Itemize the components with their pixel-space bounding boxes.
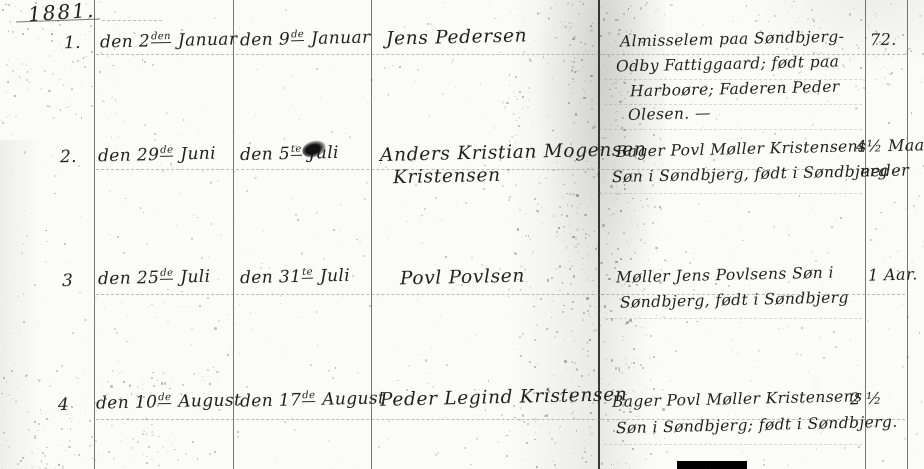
entry-number: 2. [60, 148, 77, 168]
date-ordinal: den [151, 31, 171, 43]
date-prefix: den [100, 32, 134, 53]
description-line: Søndbjerg, født i Søndbjerg [620, 289, 849, 312]
date-ordinal: de [160, 145, 173, 157]
deceased-name: Jens Pedersen [386, 25, 528, 49]
burial-date: den 31te Juli [240, 267, 351, 289]
date-month: Januar [311, 28, 371, 49]
death-date: den 25de Juli [98, 268, 211, 290]
row2-desc-rule-2 [604, 193, 862, 194]
entry-number: 1. [64, 34, 81, 54]
date-month: August [322, 388, 385, 409]
date-day: 9 [279, 29, 291, 49]
date-ordinal: te [291, 144, 302, 156]
date-ordinal: de [160, 268, 173, 280]
date-prefix: den [96, 393, 130, 414]
date-ordinal: de [291, 29, 304, 41]
column-divider-1 [94, 0, 95, 469]
description-line: Bager Povl Møller Kristensens [612, 388, 863, 411]
description-line: Almisselem paa Søndbjerg- [620, 28, 845, 51]
age-value: 4½ Maa- [856, 136, 924, 156]
date-month: Juli [320, 266, 351, 287]
date-prefix: den [98, 269, 132, 290]
description-line: Søn i Søndbjerg; født i Søndbjerg. [616, 414, 898, 438]
date-month: August [178, 390, 241, 411]
scanned-burial-register-page: 1881. 1. den 2den Januar den 9de Januar … [0, 0, 924, 469]
date-prefix: den [98, 146, 132, 167]
date-day: 2 [139, 31, 151, 51]
description-line: Søn i Søndbjerg, født i Søndbjerg [612, 163, 888, 187]
year-heading: 1881. [27, 0, 96, 26]
age-value-line-2: neder [860, 161, 910, 181]
death-date: den 2den Januar [100, 30, 238, 53]
date-day: 5 [279, 144, 291, 164]
description-line: Møller Jens Povlsens Søn i [616, 265, 834, 288]
description-line: Odby Fattiggaard; født paa [616, 53, 840, 76]
date-day: 25 [137, 268, 160, 289]
date-ordinal: de [158, 392, 171, 404]
year-underline-dashes [102, 20, 162, 21]
date-prefix: den [240, 30, 274, 51]
redaction-mark [677, 461, 747, 469]
death-date: den 10de August [96, 391, 242, 414]
deceased-name-line-2: Kristensen [393, 165, 501, 189]
description-line: Olesen. — [628, 105, 711, 125]
description-line: Harboøre; Faderen Peder [630, 79, 840, 102]
deceased-name: Anders Kristian Mogensen [380, 139, 647, 166]
date-month: Januar [178, 29, 238, 50]
date-ordinal: de [302, 390, 315, 402]
burial-date: den 17de August [240, 389, 386, 412]
date-month: Juni [180, 144, 216, 165]
entry-number: 3 [62, 272, 74, 292]
date-ordinal: te [302, 267, 313, 279]
date-month: Juli [180, 267, 211, 288]
date-prefix: den [240, 144, 274, 165]
death-date: den 29de Juni [98, 145, 216, 167]
scan-smudge-left-edge [0, 140, 42, 469]
column-divider-6 [907, 0, 908, 469]
date-prefix: den [240, 268, 274, 289]
row3-desc-rule-2 [604, 318, 862, 319]
date-day: 10 [135, 392, 158, 413]
deceased-name: Peder Legind Kristensen [380, 384, 628, 411]
date-day: 17 [279, 390, 302, 411]
date-prefix: den [240, 391, 274, 412]
age-value: 72. [870, 31, 897, 50]
description-line: Bager Povl Møller Kristensens [616, 138, 867, 161]
row4-desc-rule-2 [604, 444, 862, 445]
row1-desc-rule-4 [604, 129, 862, 130]
date-day: 31 [279, 267, 302, 288]
entry-number: 4 [58, 396, 70, 416]
deceased-name: Povl Povlsen [400, 266, 525, 290]
age-value: 1 Aar. [868, 265, 918, 285]
age-value: 2 ½ [850, 390, 882, 409]
burial-date: den 9de Januar [240, 29, 371, 52]
date-day: 29 [137, 145, 160, 166]
